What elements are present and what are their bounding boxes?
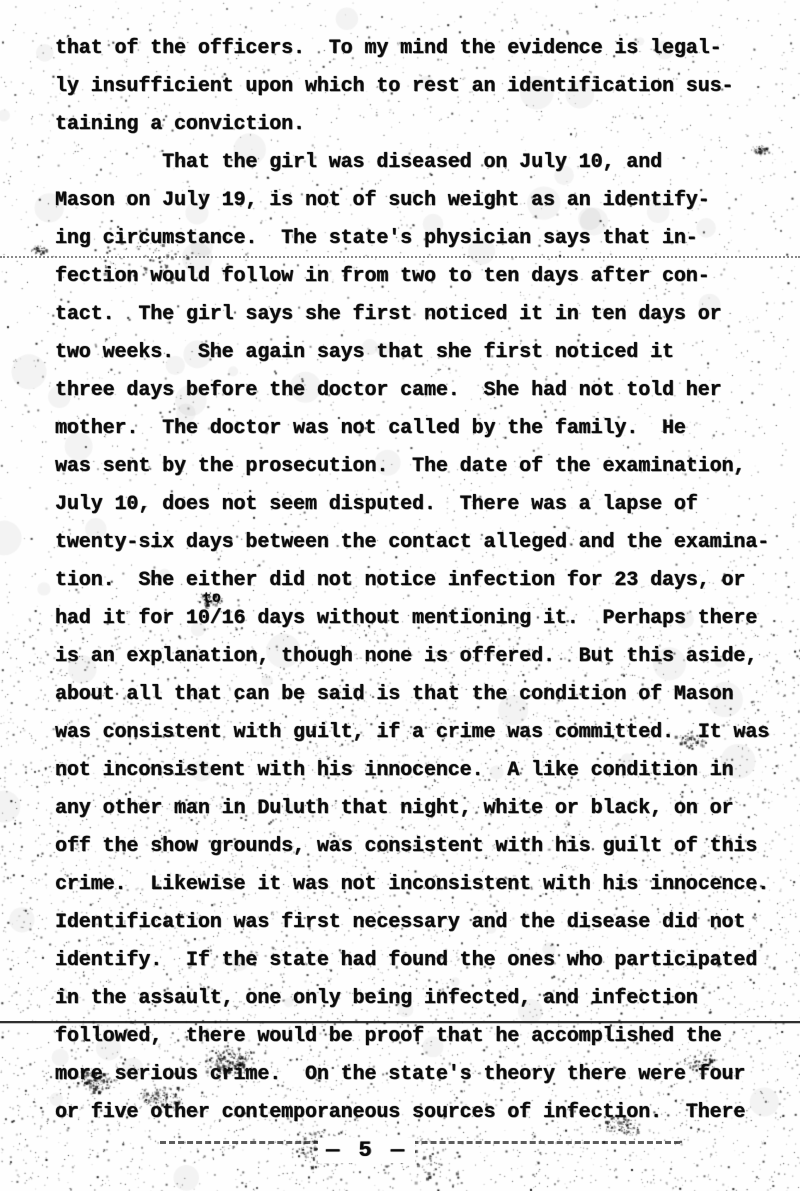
scan-artifact-line-footer — [160, 1141, 680, 1144]
text-line: had it for 10/16 days without mentioning… — [55, 600, 795, 639]
text-line: ing circumstance. The state's physician … — [55, 220, 795, 259]
text-line: in the assault, one only being infected,… — [55, 980, 795, 1019]
text-line: mother. The doctor was not called by the… — [55, 410, 795, 449]
text-line: about all that can be said is that the c… — [55, 676, 795, 715]
text-line: Mason on July 19, is not of such weight … — [55, 182, 795, 221]
page-number: — 5 — — [318, 1138, 415, 1163]
text-line: twenty-six days between the contact alle… — [55, 524, 795, 563]
text-line: that of the officers. To my mind the evi… — [55, 30, 795, 69]
text-line: tion. She either did not notice infectio… — [55, 562, 795, 601]
handwritten-correction-to: to — [202, 589, 221, 607]
text-line: Identification was first necessary and t… — [55, 904, 795, 943]
text-line: or five other contemporaneous sources of… — [55, 1094, 795, 1133]
text-line: was sent by the prosecution. The date of… — [55, 448, 795, 487]
text-line: fection would follow in from two to ten … — [55, 258, 795, 297]
text-line: not inconsistent with his innocence. A l… — [55, 752, 795, 791]
text-line: is an explanation, though none is offere… — [55, 638, 795, 677]
text-line: That the girl was diseased on July 10, a… — [55, 144, 795, 183]
text-line: ly insufficient upon which to rest an id… — [55, 68, 795, 107]
text-line: any other man in Duluth that night, whit… — [55, 790, 795, 829]
text-line: three days before the doctor came. She h… — [55, 372, 795, 411]
text-line: more serious crime. On the state's theor… — [55, 1056, 795, 1095]
text-line: off the show grounds, was consistent wit… — [55, 828, 795, 867]
text-line: July 10, does not seem disputed. There w… — [55, 486, 795, 525]
text-line: identify. If the state had found the one… — [55, 942, 795, 981]
text-line: two weeks. She again says that she first… — [55, 334, 795, 373]
typewritten-text-body: that of the officers. To my mind the evi… — [55, 30, 795, 1132]
text-line: tact. The girl says she first noticed it… — [55, 296, 795, 335]
text-line: was consistent with guilt, if a crime wa… — [55, 714, 795, 753]
text-line: crime. Likewise it was not inconsistent … — [55, 866, 795, 905]
scanned-document-page: that of the officers. To my mind the evi… — [0, 0, 800, 1191]
text-line: followed, there would be proof that he a… — [55, 1018, 795, 1057]
text-line: taining a conviction. — [55, 106, 795, 145]
